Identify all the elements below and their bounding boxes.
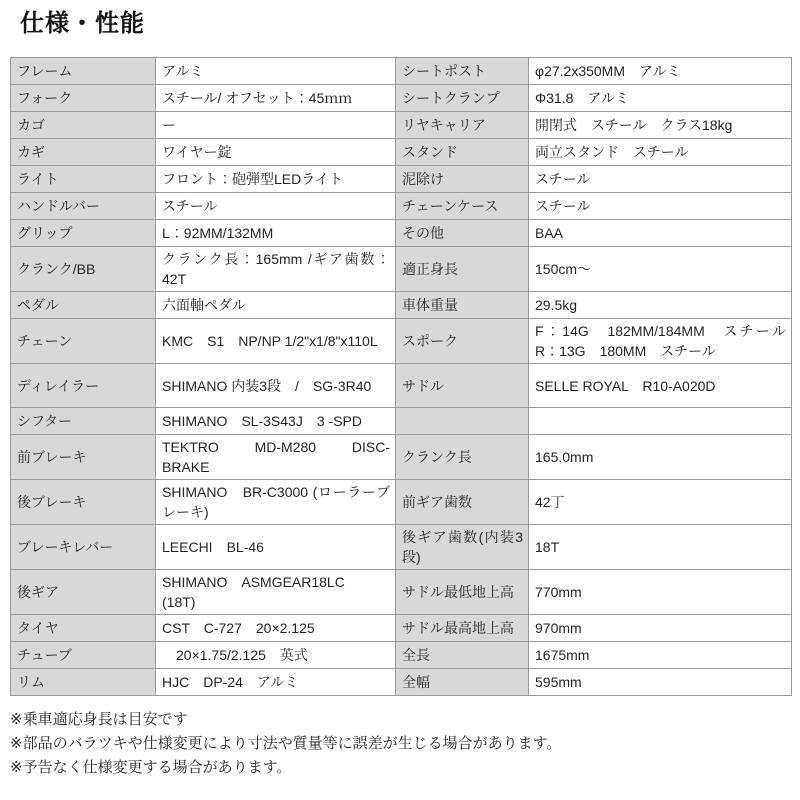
spec-value-cell: SHIMANO ASMGEAR18LC (18T) <box>156 570 396 615</box>
spec-label-cell: ハンドルバー <box>11 193 156 220</box>
spec-label-cell: 後ブレーキ <box>11 480 156 525</box>
spec-value-cell <box>529 408 792 435</box>
spec-value-cell: 六面軸ペダル <box>156 292 396 319</box>
spec-value-cell: 開閉式 スチール クラス18kg <box>529 112 792 139</box>
spec-label-cell: チューブ <box>11 642 156 669</box>
spec-label-cell: ペダル <box>11 292 156 319</box>
spec-label-cell: スタンド <box>396 139 529 166</box>
spec-label-cell: ブレーキレバー <box>11 525 156 570</box>
spec-table: フレームアルミシートポストφ27.2x350MM アルミフォークスチール/ オフ… <box>10 57 792 696</box>
spec-value-cell: 970mm <box>529 615 792 642</box>
spec-label-cell: タイヤ <box>11 615 156 642</box>
spec-value-cell: φ27.2x350MM アルミ <box>529 58 792 85</box>
spec-value-cell: アルミ <box>156 58 396 85</box>
spec-value-cell: SHIMANO BR-C3000 (ローラーブレーキ) <box>156 480 396 525</box>
spec-label-cell: クランク長 <box>396 435 529 480</box>
spec-row: リムHJC DP-24 アルミ全幅595mm <box>11 669 792 696</box>
spec-value-cell: SELLE ROYAL R10-A020D <box>529 364 792 408</box>
spec-label-cell: 全幅 <box>396 669 529 696</box>
spec-label-cell: ディレイラー <box>11 364 156 408</box>
spec-row: ブレーキレバーLEECHI BL-46後ギア歯数(内装3段)18T <box>11 525 792 570</box>
spec-row: チューブ 20×1.75/2.125 英式全長1675mm <box>11 642 792 669</box>
spec-label-cell: 全長 <box>396 642 529 669</box>
spec-value-cell: LEECHI BL-46 <box>156 525 396 570</box>
spec-value-cell: 20×1.75/2.125 英式 <box>156 642 396 669</box>
spec-label-cell: 前ブレーキ <box>11 435 156 480</box>
spec-value-cell: 両立スタンド スチール <box>529 139 792 166</box>
spec-label-cell: リム <box>11 669 156 696</box>
spec-label-cell: 前ギア歯数 <box>396 480 529 525</box>
spec-row: チェーンKMC S1 NP/NP 1/2"x1/8"x110LスポークF：14G… <box>11 319 792 364</box>
spec-row: タイヤCST C-727 20×2.125サドル最高地上高970mm <box>11 615 792 642</box>
spec-label-cell: サドル最低地上高 <box>396 570 529 615</box>
spec-label-cell: チェーンケース <box>396 193 529 220</box>
spec-row: ディレイラーSHIMANO 内装3段 / SG-3R40サドルSELLE ROY… <box>11 364 792 408</box>
spec-label-cell: 適正身長 <box>396 247 529 292</box>
spec-label-cell: スポーク <box>396 319 529 364</box>
spec-row: 前ブレーキTEKTRO MD-M280 DISC-BRAKEクランク長165.0… <box>11 435 792 480</box>
spec-value-cell: 165.0mm <box>529 435 792 480</box>
note-line: ※部品のバラツキや仕様変更により寸法や質量等に誤差が生じる場合があります。 <box>10 733 800 755</box>
spec-row: 後ギアSHIMANO ASMGEAR18LC (18T)サドル最低地上高770m… <box>11 570 792 615</box>
note-line: ※予告なく仕様変更する場合があります。 <box>10 757 800 779</box>
spec-row: クランク/BBクランク長：165mm /ギア歯数：42T適正身長150cm～ <box>11 247 792 292</box>
spec-label-cell: グリップ <box>11 220 156 247</box>
spec-label-cell: 後ギア <box>11 570 156 615</box>
spec-label-cell: フレーム <box>11 58 156 85</box>
spec-value-cell: KMC S1 NP/NP 1/2"x1/8"x110L <box>156 319 396 364</box>
spec-label-cell: 後ギア歯数(内装3段) <box>396 525 529 570</box>
spec-row: 後ブレーキSHIMANO BR-C3000 (ローラーブレーキ)前ギア歯数42丁 <box>11 480 792 525</box>
spec-value-cell: HJC DP-24 アルミ <box>156 669 396 696</box>
spec-label-cell: 車体重量 <box>396 292 529 319</box>
spec-label-cell: リヤキャリア <box>396 112 529 139</box>
spec-value-cell: フロント：砲弾型LEDライト <box>156 166 396 193</box>
spec-row: カギワイヤー錠スタンド両立スタンド スチール <box>11 139 792 166</box>
spec-label-cell: その他 <box>396 220 529 247</box>
spec-label-cell: シートポスト <box>396 58 529 85</box>
spec-row: フレームアルミシートポストφ27.2x350MM アルミ <box>11 58 792 85</box>
spec-value-cell: 150cm～ <box>529 247 792 292</box>
spec-label-cell: サドル <box>396 364 529 408</box>
page-title: 仕様・性能 <box>20 10 800 38</box>
spec-value-cell: SHIMANO SL-3S43J 3 -SPD <box>156 408 396 435</box>
spec-value-cell: 42丁 <box>529 480 792 525</box>
spec-label-cell: サドル最高地上高 <box>396 615 529 642</box>
spec-label-cell <box>396 408 529 435</box>
spec-value-cell: TEKTRO MD-M280 DISC-BRAKE <box>156 435 396 480</box>
spec-row: ハンドルバースチールチェーンケーススチール <box>11 193 792 220</box>
spec-label-cell: ライト <box>11 166 156 193</box>
spec-value-cell: Φ31.8 アルミ <box>529 85 792 112</box>
spec-value-cell: ワイヤー錠 <box>156 139 396 166</box>
spec-row: カゴーリヤキャリア開閉式 スチール クラス18kg <box>11 112 792 139</box>
spec-value-cell: 595mm <box>529 669 792 696</box>
spec-value-cell: L：92MM/132MM <box>156 220 396 247</box>
spec-value-cell: 1675mm <box>529 642 792 669</box>
spec-row: グリップL：92MM/132MMその他BAA <box>11 220 792 247</box>
spec-value-cell: BAA <box>529 220 792 247</box>
spec-label-cell: カゴ <box>11 112 156 139</box>
notes: ※乗車適応身長は目安です※部品のバラツキや仕様変更により寸法や質量等に誤差が生じ… <box>10 709 800 779</box>
spec-value-cell: 18T <box>529 525 792 570</box>
spec-value-cell: 770mm <box>529 570 792 615</box>
spec-row: シフターSHIMANO SL-3S43J 3 -SPD <box>11 408 792 435</box>
spec-value-cell: ー <box>156 112 396 139</box>
spec-row: ペダル六面軸ペダル車体重量29.5kg <box>11 292 792 319</box>
spec-label-cell: シフター <box>11 408 156 435</box>
spec-row: ライトフロント：砲弾型LEDライト泥除けスチール <box>11 166 792 193</box>
note-line: ※乗車適応身長は目安です <box>10 709 800 731</box>
spec-value-cell: スチール <box>156 193 396 220</box>
spec-value-cell: スチール <box>529 166 792 193</box>
spec-value-cell: スチール/ オフセット：45ｍｍ <box>156 85 396 112</box>
spec-value-cell: F：14G 182MM/184MM スチールR：13G 180MM スチール <box>529 319 792 364</box>
spec-label-cell: カギ <box>11 139 156 166</box>
spec-value-cell: CST C-727 20×2.125 <box>156 615 396 642</box>
spec-label-cell: 泥除け <box>396 166 529 193</box>
spec-value-cell: クランク長：165mm /ギア歯数：42T <box>156 247 396 292</box>
spec-value-cell: スチール <box>529 193 792 220</box>
spec-value-cell: 29.5kg <box>529 292 792 319</box>
spec-row: フォークスチール/ オフセット：45ｍｍシートクランプΦ31.8 アルミ <box>11 85 792 112</box>
spec-label-cell: チェーン <box>11 319 156 364</box>
spec-label-cell: クランク/BB <box>11 247 156 292</box>
spec-label-cell: フォーク <box>11 85 156 112</box>
spec-value-cell: SHIMANO 内装3段 / SG-3R40 <box>156 364 396 408</box>
spec-label-cell: シートクランプ <box>396 85 529 112</box>
